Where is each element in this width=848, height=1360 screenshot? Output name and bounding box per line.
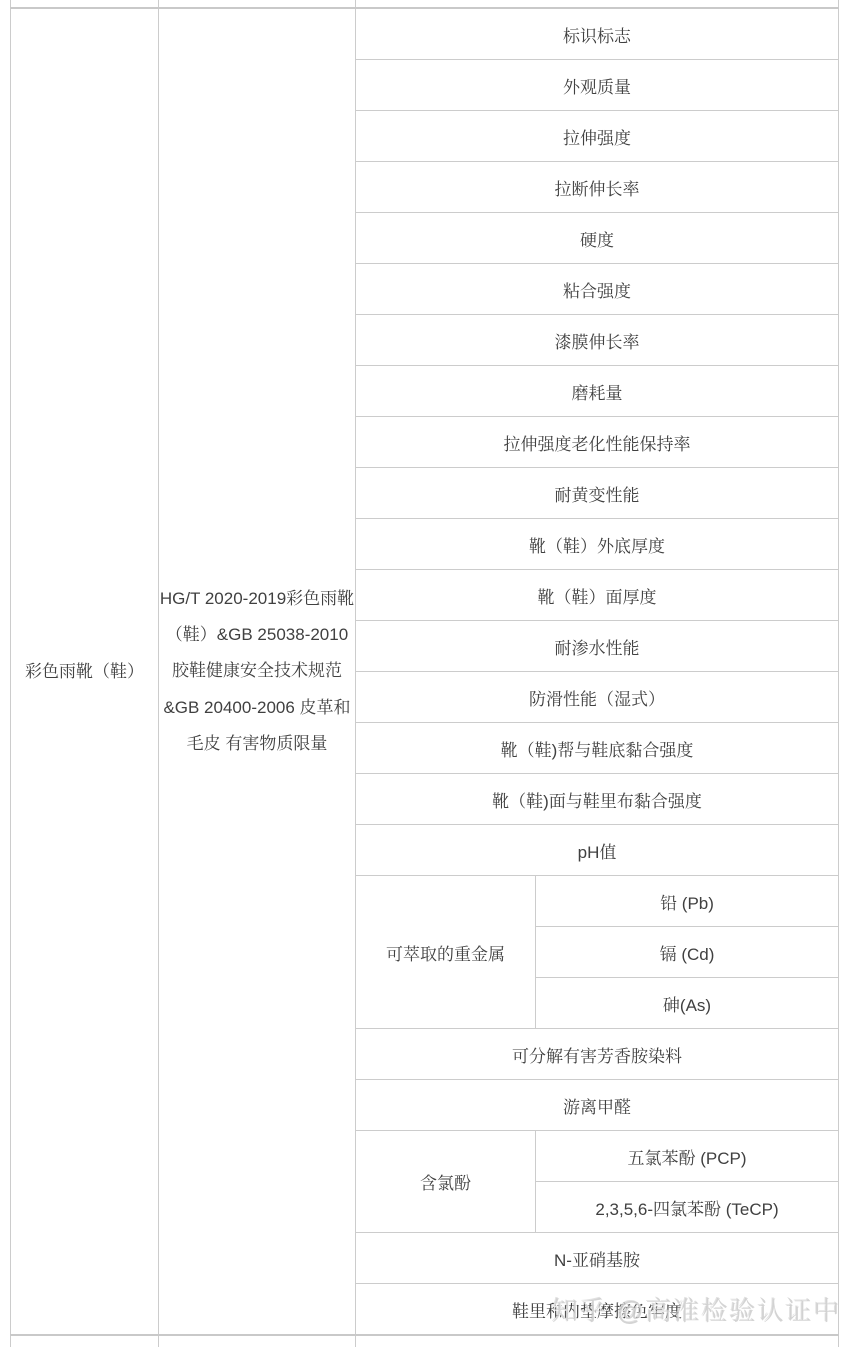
test-item-cell: 可分解有害芳香胺染料 — [356, 1029, 839, 1080]
test-item-cell: 鞋里和内垫摩擦色牢度 知乎 @高准检验认证中心 — [356, 1284, 839, 1336]
test-item-cell: 靴（鞋）外底厚度 — [356, 519, 839, 570]
partial-standard-cell — [159, 1335, 356, 1347]
partial-standard-cell — [159, 0, 356, 8]
partial-item-cell — [356, 1335, 839, 1347]
partial-row-top — [11, 0, 839, 8]
test-item-cell: 防滑性能（湿式） — [356, 672, 839, 723]
test-item-cell: 靴（鞋）面厚度 — [356, 570, 839, 621]
sub-item-cell: 镉 (Cd) — [536, 927, 839, 978]
partial-product-cell — [11, 1335, 159, 1347]
test-item-cell: pH值 — [356, 825, 839, 876]
sub-item-cell: 铅 (Pb) — [536, 876, 839, 927]
test-item-cell: 外观质量 — [356, 60, 839, 111]
test-item-cell: 耐渗水性能 — [356, 621, 839, 672]
test-item-cell: 磨耗量 — [356, 366, 839, 417]
test-item-cell: 标识标志 — [356, 8, 839, 60]
test-item-cell: 靴（鞋)面与鞋里布黏合强度 — [356, 774, 839, 825]
test-item-cell: 拉伸强度老化性能保持率 — [356, 417, 839, 468]
test-item-cell: 拉断伸长率 — [356, 162, 839, 213]
sub-item-cell: 2,3,5,6-四氯苯酚 (TeCP) — [536, 1182, 839, 1233]
partial-item-cell — [356, 0, 839, 8]
test-item-cell: 拉伸强度 — [356, 111, 839, 162]
document-page: 彩色雨靴（鞋） HG/T 2020-2019彩色雨靴（鞋）&GB 25038-2… — [0, 0, 848, 1360]
test-item-label: 鞋里和内垫摩擦色牢度 — [512, 1302, 682, 1321]
group-label-cell: 可萃取的重金属 — [356, 876, 536, 1029]
partial-row-bottom — [11, 1335, 839, 1347]
sub-item-cell: 砷(As) — [536, 978, 839, 1029]
test-item-cell: 硬度 — [356, 213, 839, 264]
group-label-cell: 含氯酚 — [356, 1131, 536, 1233]
test-item-cell: N-亚硝基胺 — [356, 1233, 839, 1284]
standards-cell: HG/T 2020-2019彩色雨靴（鞋）&GB 25038-2010 胶鞋健康… — [159, 8, 356, 1335]
test-item-cell: 耐黄变性能 — [356, 468, 839, 519]
table-row: 彩色雨靴（鞋） HG/T 2020-2019彩色雨靴（鞋）&GB 25038-2… — [11, 8, 839, 60]
test-item-cell: 漆膜伸长率 — [356, 315, 839, 366]
sub-item-cell: 五氯苯酚 (PCP) — [536, 1131, 839, 1182]
partial-product-cell — [11, 0, 159, 8]
test-item-cell: 粘合强度 — [356, 264, 839, 315]
test-item-cell: 游离甲醛 — [356, 1080, 839, 1131]
product-name-cell: 彩色雨靴（鞋） — [11, 8, 159, 1335]
test-items-table: 彩色雨靴（鞋） HG/T 2020-2019彩色雨靴（鞋）&GB 25038-2… — [10, 0, 839, 1347]
test-item-cell: 靴（鞋)帮与鞋底黏合强度 — [356, 723, 839, 774]
